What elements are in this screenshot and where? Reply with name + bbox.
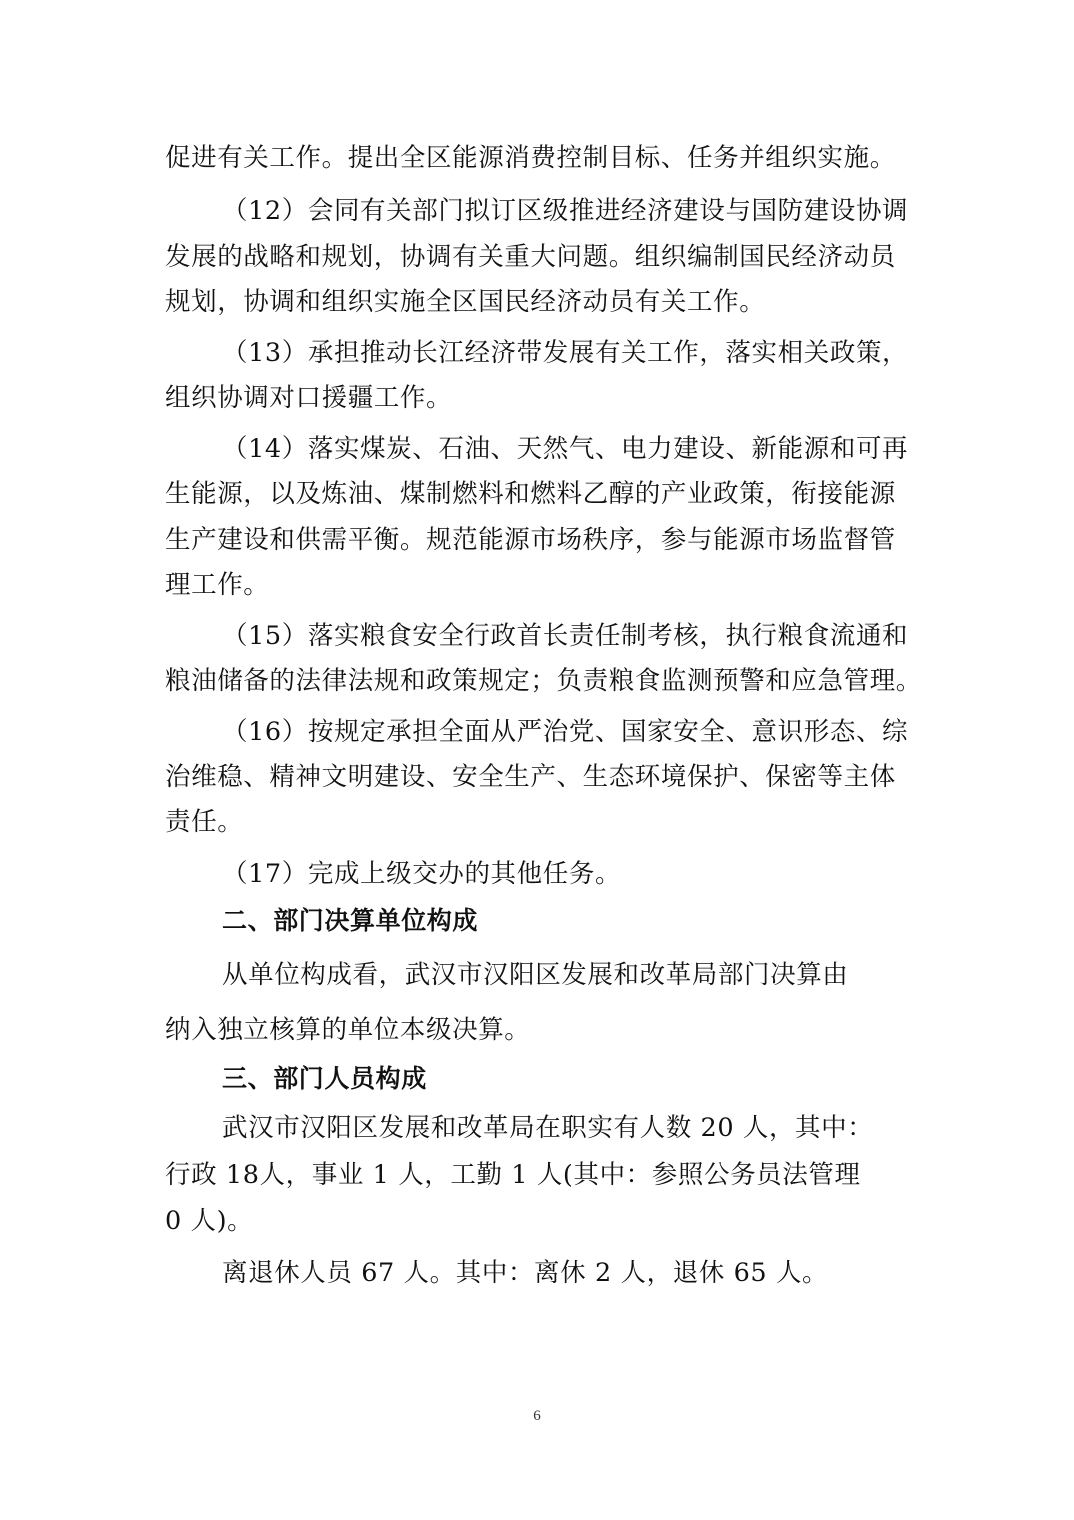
text-line: 粮油储备的法律法规和政策规定；负责粮食监测预警和应急管理。 xyxy=(165,664,922,698)
text-line: 生产建设和供需平衡。规范能源市场秩序，参与能源市场监督管 xyxy=(165,523,896,557)
text-line: 促进有关工作。提出全区能源消费控制目标、任务并组织实施。 xyxy=(165,141,896,175)
text-line: 离退休人员 67 人。其中：离休 2 人，退休 65 人。 xyxy=(222,1256,828,1290)
text-line: 组织协调对口援疆工作。 xyxy=(165,381,452,415)
text-line: （17）完成上级交办的其他任务。 xyxy=(222,857,621,891)
page-number: 6 xyxy=(0,1408,1074,1425)
text-line: 规划，协调和组织实施全区国民经济动员有关工作。 xyxy=(165,285,765,319)
text-line: （13）承担推动长江经济带发展有关工作，落实相关政策， xyxy=(222,336,908,370)
section-heading-staff-composition: 三、部门人员构成 xyxy=(222,1062,427,1096)
text-line: 理工作。 xyxy=(165,568,269,602)
text-line: 行政 18人，事业 1 人，工勤 1 人(其中：参照公务员法管理 xyxy=(165,1158,861,1192)
text-line: 发展的战略和规划，协调有关重大问题。组织编制国民经济动员 xyxy=(165,240,896,274)
text-line: 0 人)。 xyxy=(165,1204,253,1238)
text-line: （14）落实煤炭、石油、天然气、电力建设、新能源和可再 xyxy=(222,432,908,466)
text-line: 武汉市汉阳区发展和改革局在职实有人数 20 人，其中： xyxy=(222,1111,873,1145)
text-line: （15）落实粮食安全行政首长责任制考核，执行粮食流通和 xyxy=(222,619,908,653)
section-heading-unit-composition: 二、部门决算单位构成 xyxy=(222,904,478,938)
text-line: 治维稳、精神文明建设、安全生产、生态环境保护、保密等主体 xyxy=(165,760,896,794)
text-line: （16）按规定承担全面从严治党、国家安全、意识形态、综 xyxy=(222,715,908,749)
text-line: 责任。 xyxy=(165,805,243,839)
text-line: 纳入独立核算的单位本级决算。 xyxy=(165,1013,530,1047)
text-line: 从单位构成看，武汉市汉阳区发展和改革局部门决算由 xyxy=(222,958,848,992)
text-line: （12）会同有关部门拟订区级推进经济建设与国防建设协调 xyxy=(222,194,908,228)
text-line: 生能源，以及炼油、煤制燃料和燃料乙醇的产业政策，衔接能源 xyxy=(165,477,896,511)
